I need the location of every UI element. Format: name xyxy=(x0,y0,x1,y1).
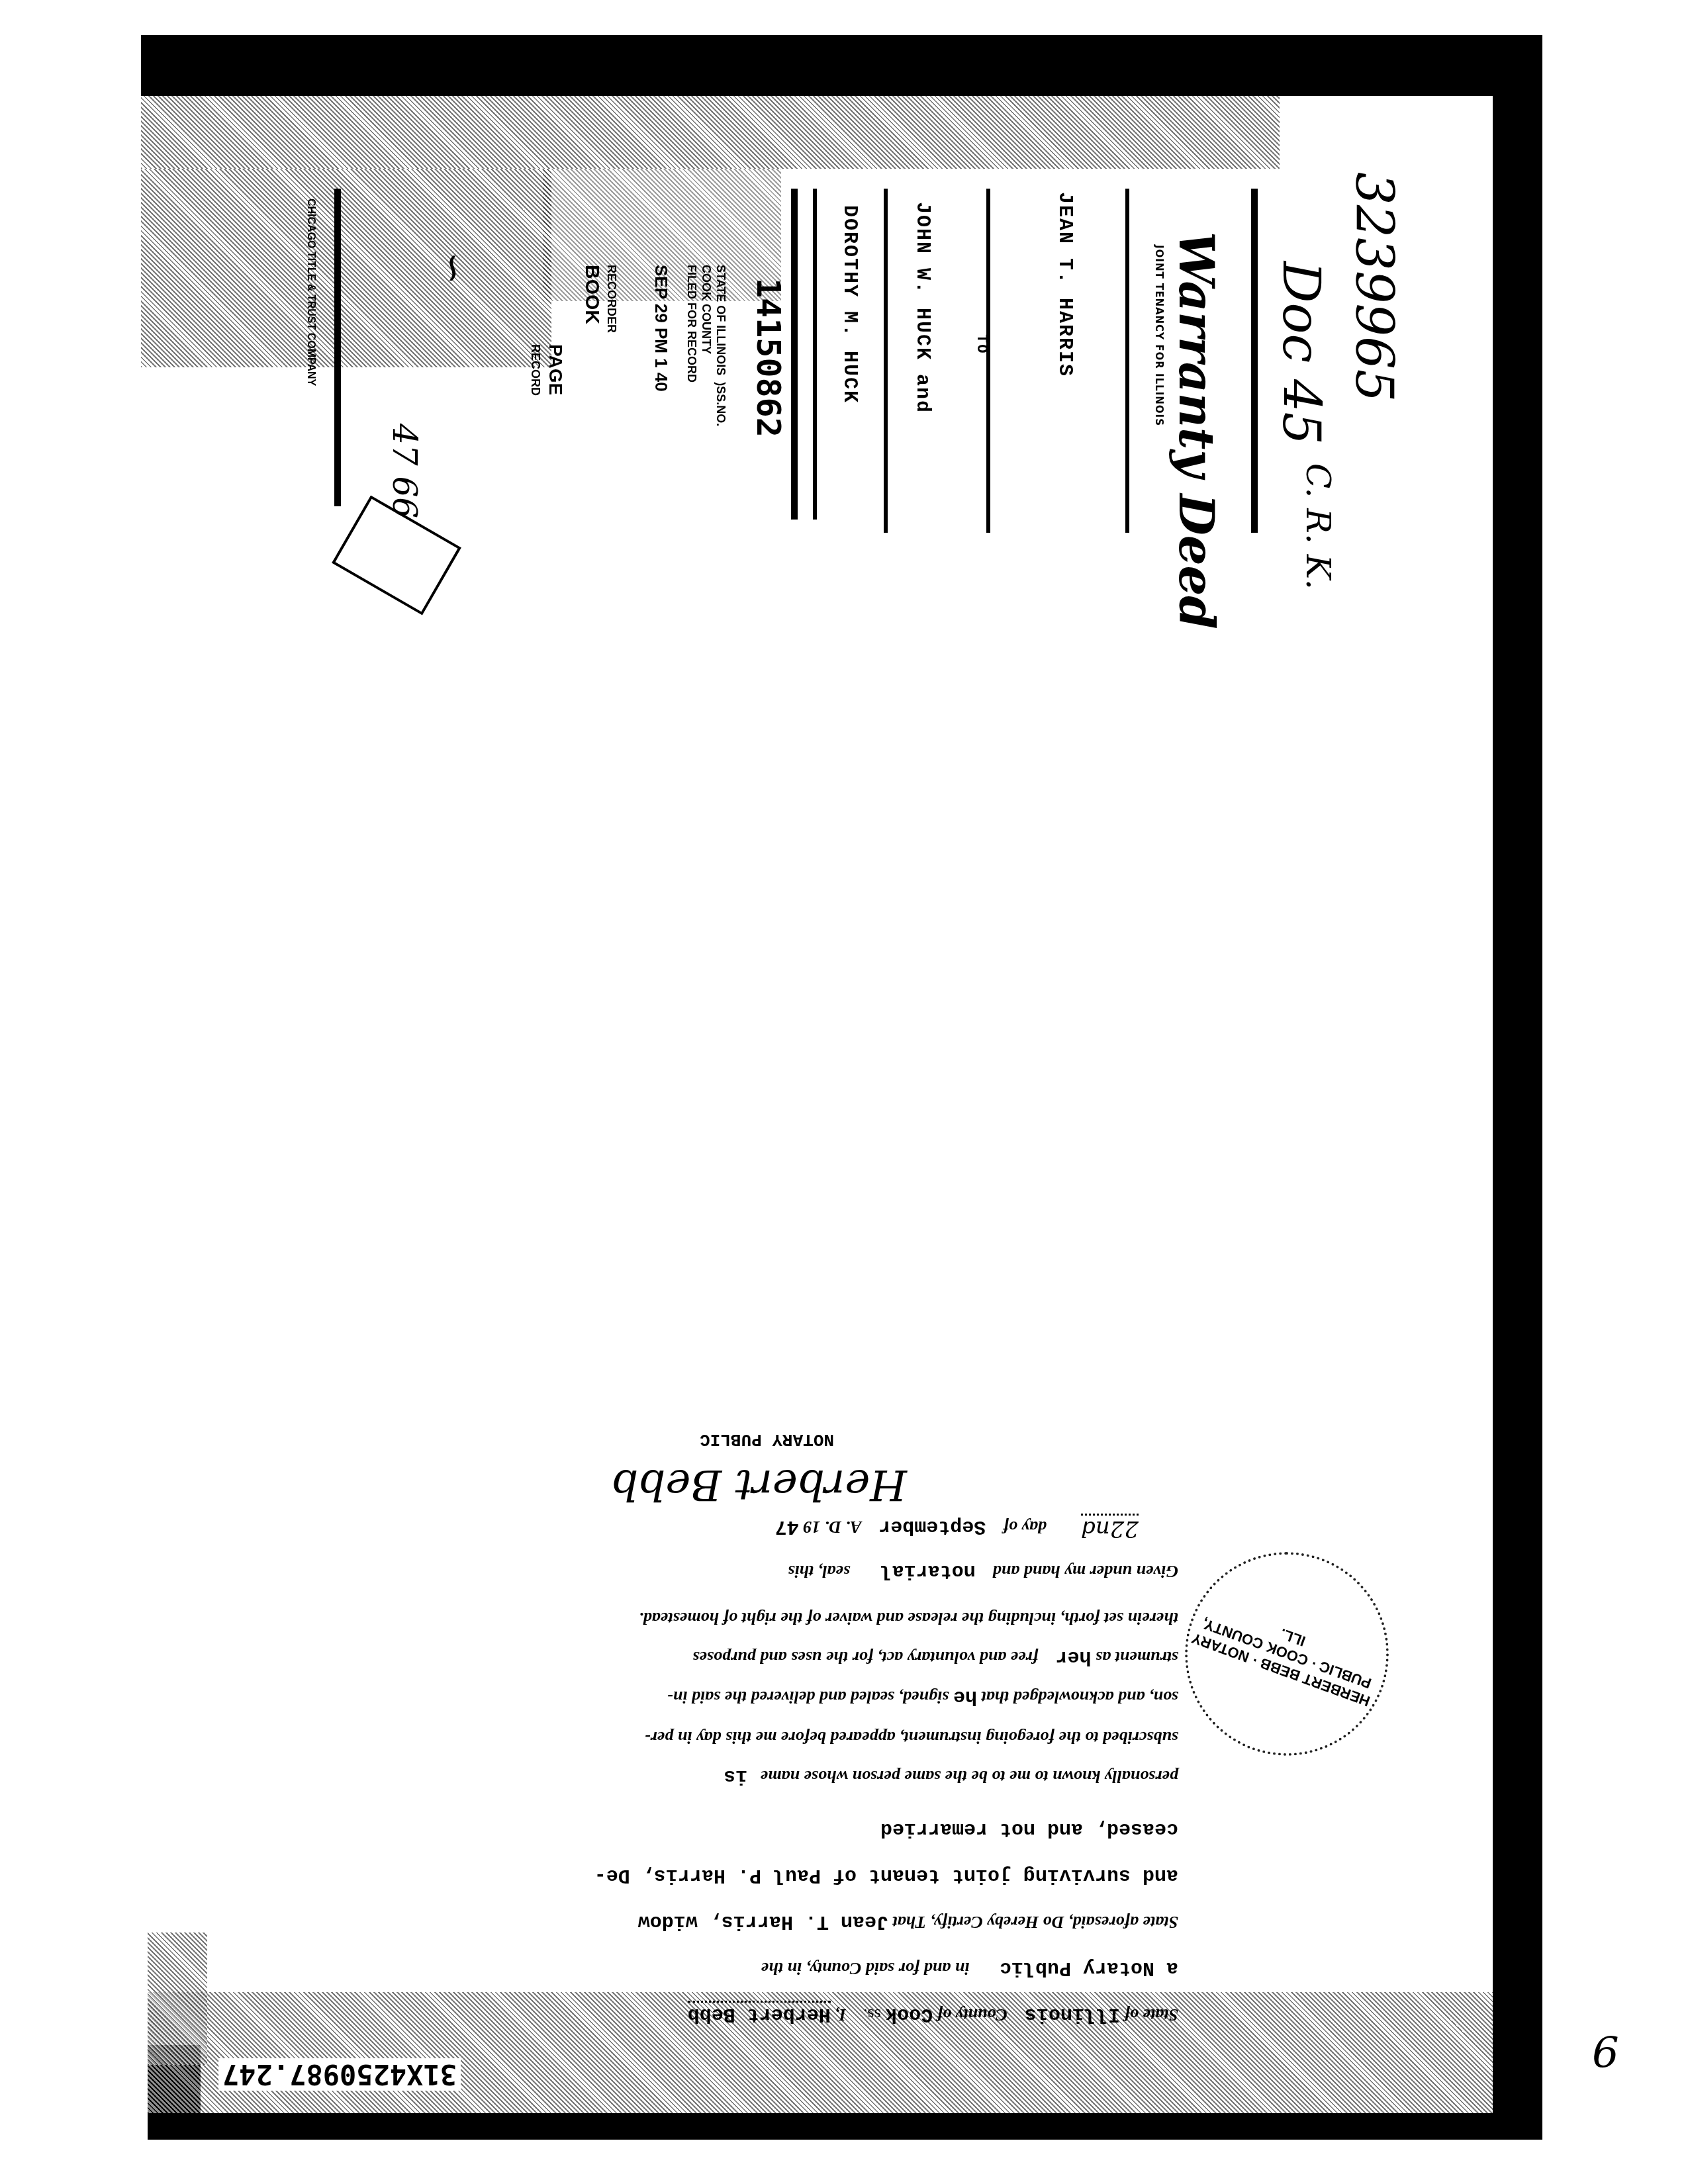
deed-title: Warranty Deed xyxy=(1168,232,1225,629)
cover-rule xyxy=(884,189,888,533)
notary-signature: Herbert Bebb xyxy=(611,1460,907,1509)
stamp-record: RECORD xyxy=(528,344,543,396)
stamp-recorder: RECORDER xyxy=(604,265,619,333)
grantor-name: JEAN T. HARRIS xyxy=(1053,192,1076,377)
bottom-document-code: 31X4250987.247 xyxy=(218,2058,461,2091)
cover-rule xyxy=(1251,189,1258,533)
notary-date-line: 22nd day of September A. D. 19 47 xyxy=(775,1514,1139,1542)
notary-subject-cont2: ceased, and not remarried xyxy=(880,1817,1178,1840)
cover-rule xyxy=(334,189,341,506)
grantee-1: JOHN W. HUCK and xyxy=(911,202,933,414)
page-marker: 9 xyxy=(1592,2025,1619,2074)
handwritten-book-page: 47 66 xyxy=(385,424,424,518)
grantee-2: DOROTHY M. HUCK xyxy=(838,205,861,404)
notary-therein-line: therein set forth, including the release… xyxy=(639,1608,1178,1628)
scan-noise xyxy=(141,169,551,367)
document-number: 14150862 xyxy=(749,278,788,437)
notary-strument-line: strument as her free and voluntary act, … xyxy=(692,1645,1178,1668)
scan-border-right xyxy=(1493,35,1542,2140)
deed-subtitle: JOINT TENANCY FOR ILLINOIS xyxy=(1153,245,1165,426)
notary-seal: HERBERT BEBB · NOTARY PUBLIC · COOK COUN… xyxy=(1185,1552,1389,1756)
handwritten-doc: Doc 45 xyxy=(1271,261,1331,445)
handwritten-margin-note: C. R. K. xyxy=(1299,463,1337,590)
cover-rule xyxy=(986,189,990,533)
notary-subscribed-line: subscribed to the foregoing instrument, … xyxy=(645,1727,1178,1747)
scan-noise xyxy=(141,96,1280,169)
stamp-state: STATE OF ILLINOIS )SS.NO. xyxy=(714,265,728,426)
stamp-page: PAGE xyxy=(548,344,563,395)
cover-rule xyxy=(813,189,817,520)
notary-venue: State of Illinois County of Cook ss. I, … xyxy=(688,2001,1178,2025)
notary-known-line: personally known to me to be the same pe… xyxy=(724,1764,1178,1787)
to-label: TO xyxy=(973,334,990,354)
notary-ack-line: son, and acknowledged that he signed, se… xyxy=(667,1685,1178,1707)
title-company-strip: CHICAGO TITLE & TRUST COMPANY xyxy=(303,199,318,386)
stamp-county: COOK COUNTY xyxy=(699,265,714,354)
recorder-initials: ∽ xyxy=(430,251,477,285)
notary-title-line: a Notary Public in and for said County, … xyxy=(761,1956,1178,1979)
handwritten-number: 3239965 xyxy=(1344,172,1403,402)
stamp-date: SEP 29 PM 1 40 xyxy=(654,265,669,392)
stamp-filed: FILED FOR RECORD xyxy=(684,265,699,383)
stamp-book: BOOK xyxy=(585,265,599,324)
scan-noise xyxy=(148,1933,207,2065)
notary-signature-title: NOTARY PUBLIC xyxy=(700,1430,834,1449)
notary-certificate: State of Illinois County of Cook ss. I, … xyxy=(311,1416,1205,2025)
scan-border-bottom xyxy=(148,2113,1542,2140)
notary-certify-line: State aforesaid, Do Hereby Certify, That… xyxy=(638,1910,1178,1933)
notary-given-line: Given under my hand and notarial seal, t… xyxy=(788,1559,1178,1582)
cover-rule xyxy=(1125,189,1129,533)
scan-border-top xyxy=(141,35,1542,96)
cover-rule xyxy=(791,189,798,520)
notary-subject-cont: and surviving joint tenant of Paul P. Ha… xyxy=(594,1864,1178,1886)
